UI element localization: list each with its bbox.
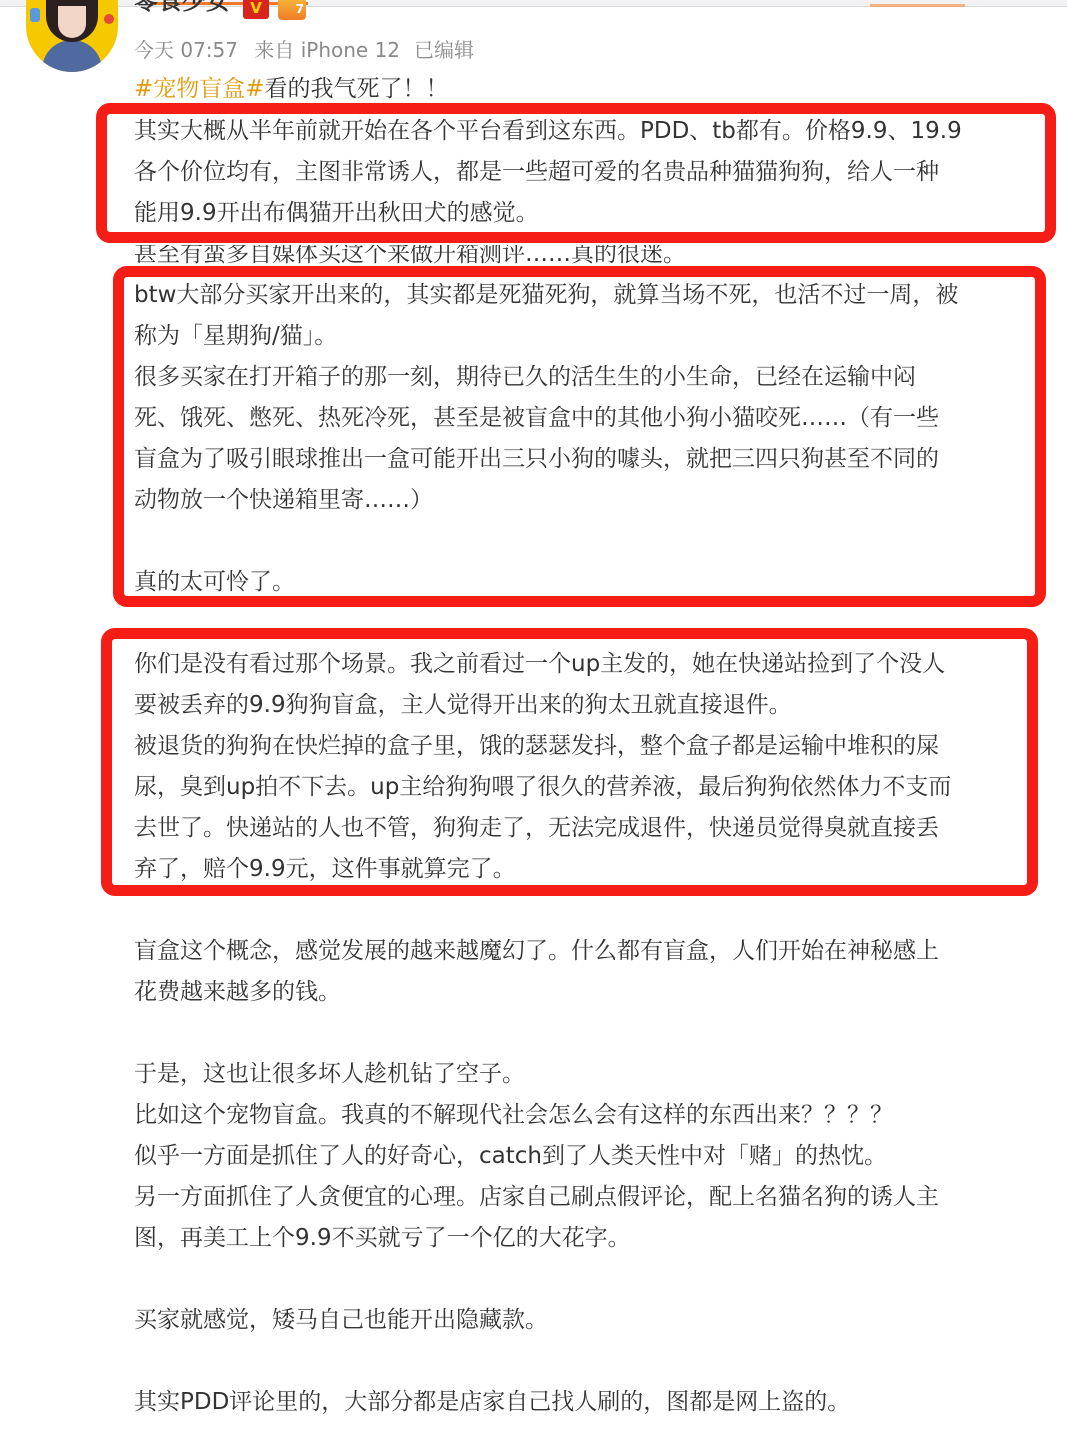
post-text-line: 各个价位均有，主图非常诱人，都是一些超可爱的名贵品种猫猫狗狗，给人一种 [134, 157, 939, 187]
post-text-line: 尿，臭到up拍不下去。up主给狗狗喂了很久的营养液，最后狗狗依然体力不支而 [134, 772, 951, 802]
post-text-line: 称为「星期狗/猫」。 [134, 321, 337, 351]
post-time[interactable]: 今天 07:57 [134, 38, 238, 62]
post-text-line: 图，再美工上个9.9不买就亏了一个亿的大花字。 [134, 1223, 631, 1253]
author-name[interactable]: 零食少女 [134, 0, 230, 16]
post-text-line: 花费越来越多的钱。 [134, 977, 341, 1007]
post-text-line: 比如这个宠物盲盒。我真的不解现代社会怎么会有这样的东西出来？？？？ [134, 1100, 893, 1130]
post-text-line: 其实大概从半年前就开始在各个平台看到这东西。PDD、tb都有。价格9.9、19.… [134, 116, 962, 146]
post-source: 来自 iPhone 12 [254, 38, 400, 62]
avatar-figure-face [58, 6, 86, 38]
post-text-line: 很多买家在打开箱子的那一刻，期待已久的活生生的小生命，已经在运输中闷 [134, 362, 916, 392]
post-text-line: 甚至有蛮多自媒体买这个来做开箱测评……真的很迷。 [134, 239, 686, 269]
hashtag-link[interactable]: #宠物盲盒# [134, 76, 265, 102]
post-text-line: 能用9.9开出布偶猫开出秋田犬的感觉。 [134, 198, 539, 228]
post-text-line: 被退货的狗狗在快烂掉的盒子里，饿的瑟瑟发抖，整个盒子都是运输中堆积的屎 [134, 731, 939, 761]
post-text-line: 买家就感觉，矮马自己也能开出隐藏款。 [134, 1305, 548, 1335]
headline-text: 看的我气死了！！ [265, 76, 449, 102]
highlight-box-2 [113, 266, 1046, 607]
edited-label[interactable]: 已编辑 [414, 38, 474, 62]
avatar-decoration [104, 14, 114, 24]
post-text-line: 另一方面抓住了人贪便宜的心理。店家自己刷点假评论，配上名猫名狗的诱人主 [134, 1182, 939, 1212]
post-text-line: 死、饿死、憋死、热死冷死，甚至是被盲盒中的其他小狗小猫咬死……（有一些 [134, 403, 939, 433]
post-text-line: 要被丢弃的9.9狗狗盲盒，主人觉得开出来的狗太丑就直接退件。 [134, 690, 792, 720]
tab-indicator-secondary [870, 4, 965, 7]
verified-badge-icon[interactable]: V [243, 0, 269, 19]
post-headline: #宠物盲盒#看的我气死了！！ [134, 74, 449, 104]
post-text-line: 其实PDD评论里的，大部分都是店家自己找人刷的，图都是网上盗的。 [134, 1387, 850, 1417]
post-text-line: 盲盒为了吸引眼球推出一盒可能开出三只小狗的噱头，就把三四只狗甚至不同的 [134, 444, 939, 474]
post-text-line: 动物放一个快递箱里寄……） [134, 485, 433, 515]
post-text-line: btw大部分买家开出来的，其实都是死猫死狗，就算当场不死，也活不过一周，被 [134, 280, 958, 310]
avatar[interactable] [26, 0, 118, 72]
avatar-decoration [30, 8, 40, 22]
avatar-figure-body [42, 40, 102, 72]
post-text-line: 你们是没有看过那个场景。我之前看过一个up主发的，她在快递站捡到了个没人 [134, 649, 945, 679]
post-meta: 今天 07:57 来自 iPhone 12已编辑 [134, 36, 474, 64]
level-badge-icon[interactable]: 7 [278, 0, 306, 20]
post-text-line: 于是，这也让很多坏人趁机钻了空子。 [134, 1059, 525, 1089]
post-text-line: 似乎一方面是抓住了人的好奇心，catch到了人类天性中对「赌」的热忱。 [134, 1141, 887, 1171]
post-text-line: 真的太可怜了。 [134, 567, 295, 597]
post-text-line: 弃了，赔个9.9元，这件事就算完了。 [134, 854, 516, 884]
post-text-line: 盲盒这个概念，感觉发展的越来越魔幻了。什么都有盲盒，人们开始在神秘感上 [134, 936, 939, 966]
post-text-line: 去世了。快递站的人也不管，狗狗走了，无法完成退件，快递员觉得臭就直接丢 [134, 813, 939, 843]
